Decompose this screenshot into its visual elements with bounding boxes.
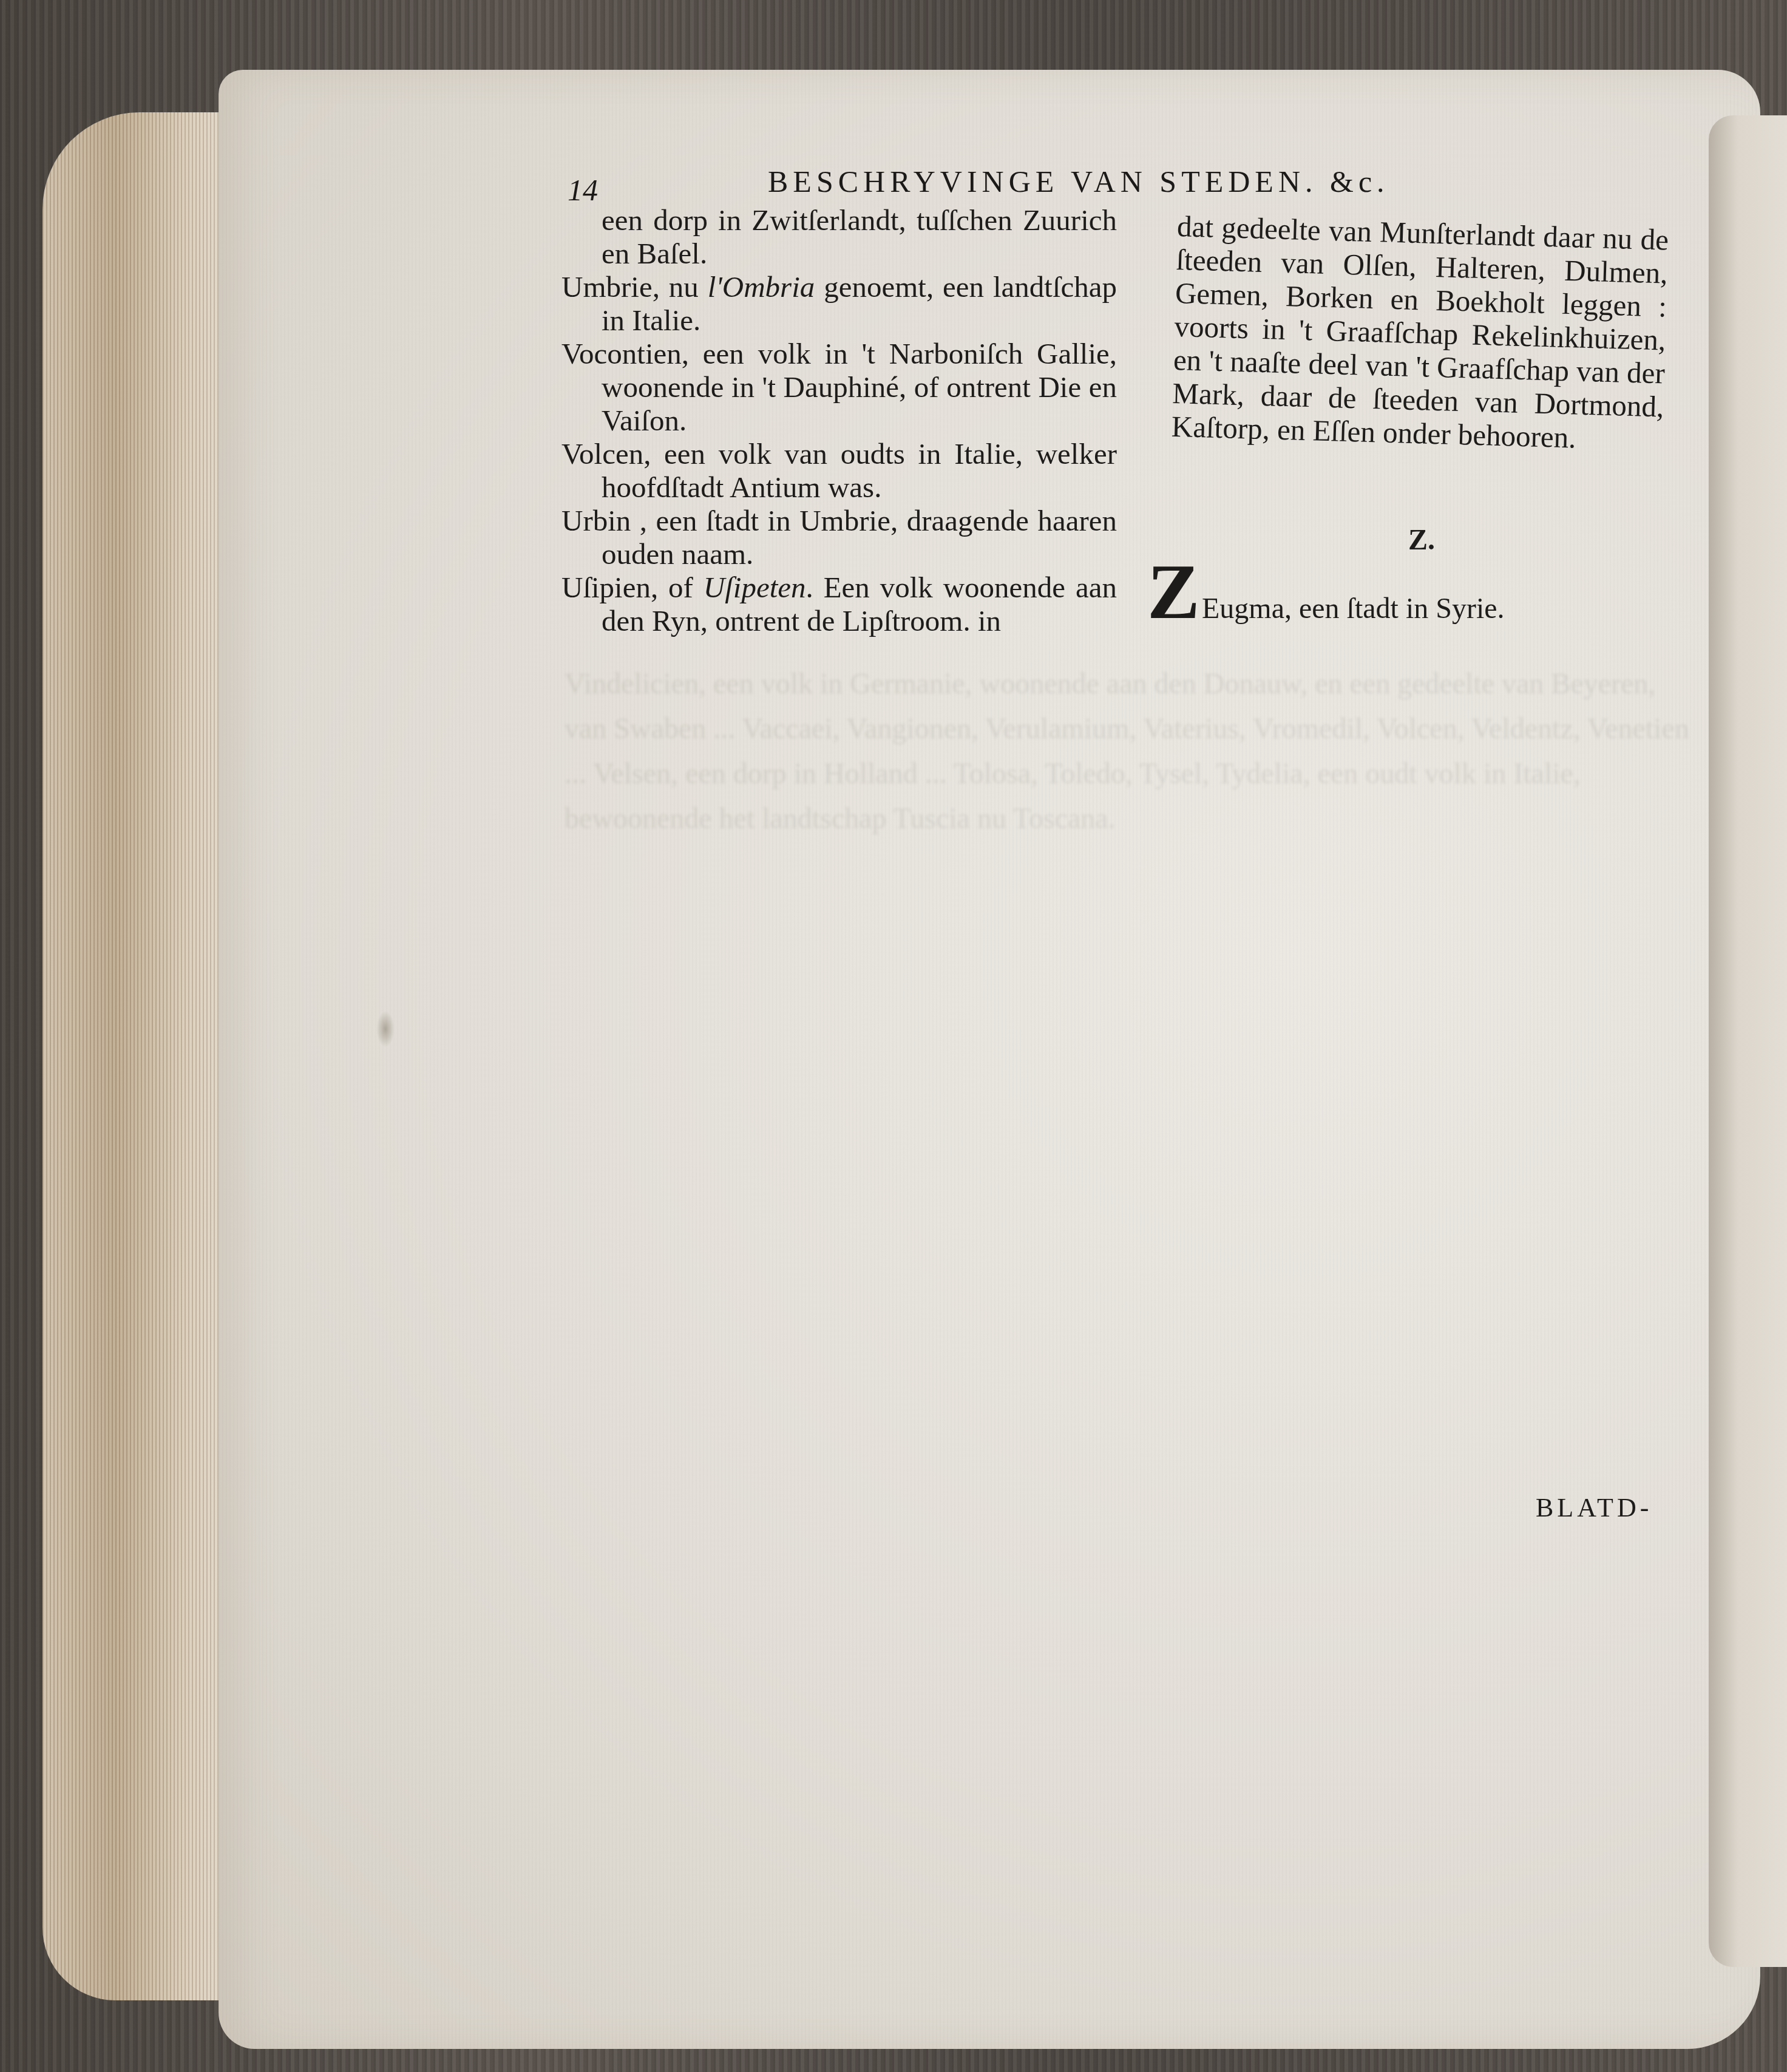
entry-italic: l'Ombria [708,270,815,304]
entry-continuation: dat gedeelte van Munſterlandt daar nu de… [1171,209,1669,457]
entry-italic: Uſipeten [704,571,806,604]
headword: Eugma [1202,593,1284,625]
section-letter-z: Z. [1408,523,1435,557]
left-column: een dorp in Zwitſerlandt, tuſſchen Zuuri… [561,203,1117,637]
entry-text: , een ſtadt in Umbrie, draagende haaren … [602,504,1117,571]
page-number: 14 [568,172,598,208]
paper-blemish [376,1011,395,1047]
entry-text: , of [651,571,704,604]
entry-usipien: Uſipien, of Uſipeten. Een volk woonende … [561,571,1117,637]
entry-text: dat gedeelte van Munſterlandt daar nu de… [1171,209,1669,454]
entry-vocontien: Vocontien, een volk in 't Narboniſch Gal… [561,337,1117,437]
headword: Urbin [561,504,631,537]
entry-text: , nu [653,270,708,304]
facing-page-edge [1709,115,1787,1967]
right-column: dat gedeelte van Munſterlandt daar nu de… [1171,209,1669,457]
running-title: BESCHRYVINGE VAN STEDEN. &c. [768,164,1389,199]
headword: Vocontien [561,337,682,370]
entry-volcen: Volcen, een volk van oudts in Italie, we… [561,437,1117,504]
entry-umbrie: Umbrie, nu l'Ombria genoemt, een landtſc… [561,270,1117,337]
page-edges [42,112,249,2000]
entry-text: , een volk van oudts in Italie, welker h… [602,437,1117,504]
entry-body: , een ſtadt in Syrie. [1284,593,1505,625]
entry-text: een dorp in Zwitſerlandt, tuſſchen Zuuri… [602,203,1117,270]
entry-text: Eugma, een ſtadt in Syrie. [1202,592,1505,625]
entry-urbin: Urbin , een ſtadt in Umbrie, draagende h… [561,504,1117,571]
drop-cap: Z [1147,555,1200,628]
headword: Umbrie [561,270,653,304]
entry-zeugma: Z Eugma, een ſtadt in Syrie. [1147,555,1633,628]
headword: Uſipien [561,571,651,604]
catchword: BLATD- [1536,1492,1652,1523]
show-through-text: Vindelicien, een volk in Germanie, woone… [565,662,1694,1730]
entry-continuation: een dorp in Zwitſerlandt, tuſſchen Zuuri… [561,203,1117,270]
headword: Volcen [561,437,643,470]
